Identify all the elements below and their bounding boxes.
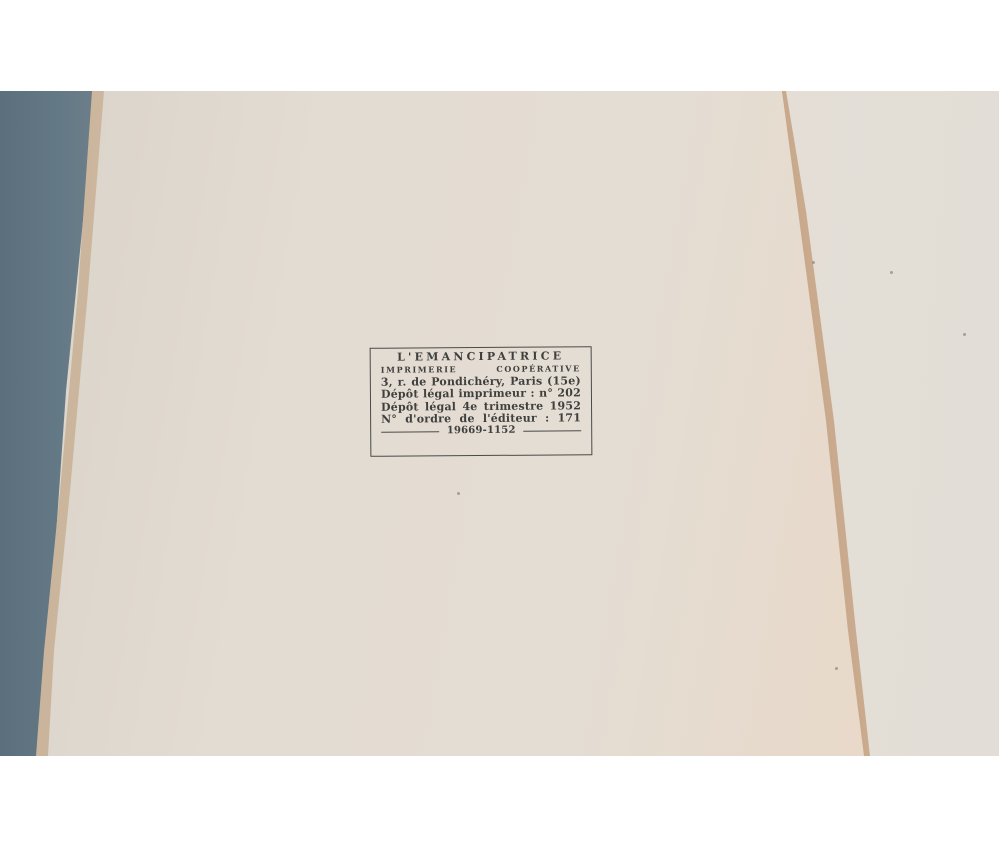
print-code-row: 19669-1152 — [371, 425, 591, 439]
rule-left — [381, 431, 439, 432]
print-code: 19669-1152 — [447, 425, 516, 438]
paper-speck — [457, 492, 460, 495]
paper-speck — [812, 261, 815, 264]
paper-speck — [890, 271, 893, 274]
paper-speck — [963, 333, 966, 336]
rule-right — [524, 430, 582, 431]
printer-colophon: L'EMANCIPATRICE IMPRIMERIE COOPÉRATIVE 3… — [370, 346, 593, 457]
book-photo: L'EMANCIPATRICE IMPRIMERIE COOPÉRATIVE 3… — [0, 91, 999, 756]
ordre-editeur: N° d'ordre de l'éditeur : 171 — [371, 412, 591, 426]
paper-speck — [835, 667, 838, 670]
